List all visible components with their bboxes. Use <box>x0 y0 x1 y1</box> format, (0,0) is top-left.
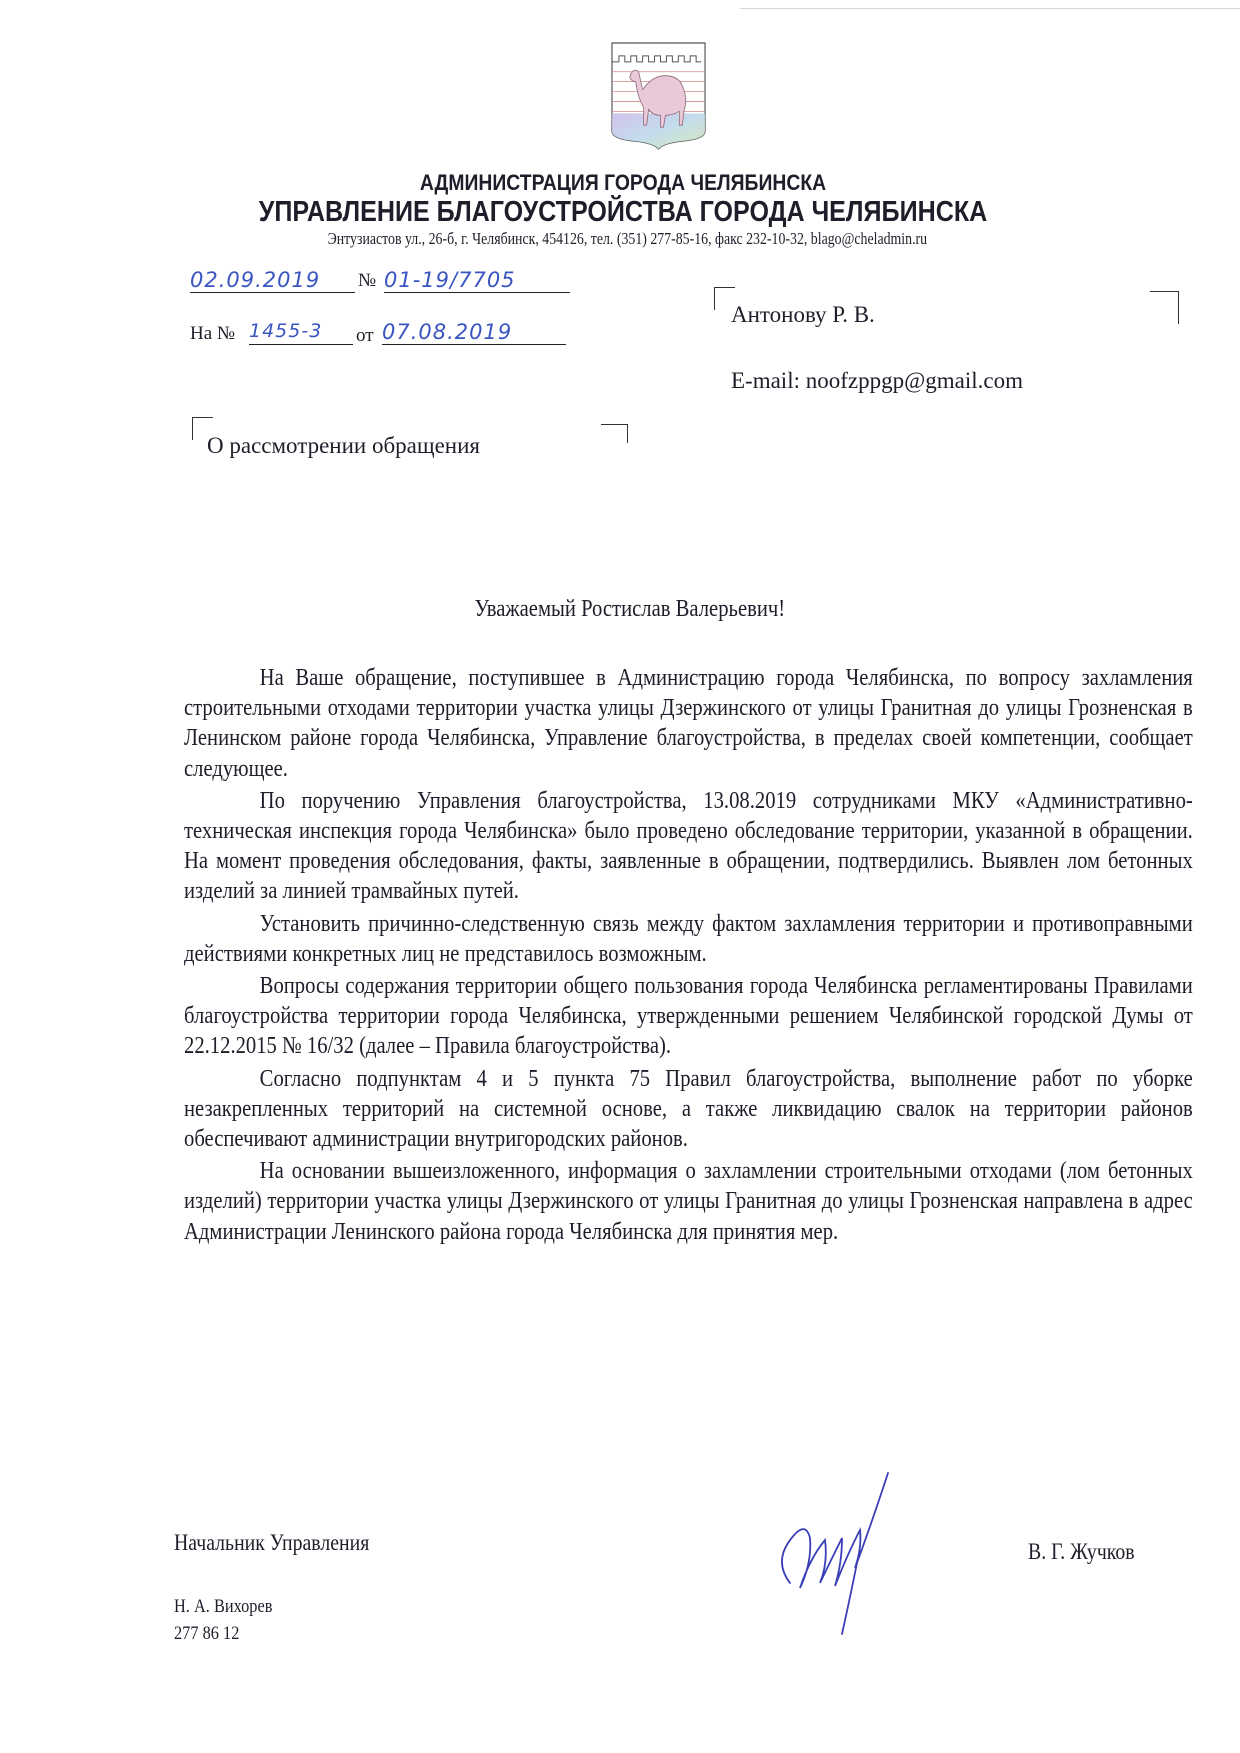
scan-artifact-line <box>740 8 1240 9</box>
body-paragraph: Установить причинно-следственную связь м… <box>184 909 1193 969</box>
subject-line: О рассмотрении обращения <box>207 433 480 459</box>
letterhead-address: Энтузиастов ул., 26-б, г. Челябинск, 454… <box>107 229 1149 249</box>
recipient-email: E-mail: noofzppgp@gmail.com <box>731 368 1023 394</box>
reply-to-date-field: 07.08.2019 <box>382 320 566 345</box>
body-paragraph: На основании вышеизложенного, информация… <box>184 1156 1193 1247</box>
executor-name: Н. А. Вихорев <box>174 1596 272 1618</box>
number-label: № <box>358 270 376 292</box>
reply-to-number-field: 1455-3 <box>249 320 353 345</box>
coat-of-arms-icon <box>609 40 708 151</box>
signer-name: В. Г. Жучков <box>1028 1539 1135 1565</box>
handwritten-signature-icon <box>770 1468 920 1638</box>
executor-phone: 277 86 12 <box>174 1623 239 1645</box>
body-paragraph: По поручению Управления благоустройства,… <box>184 786 1193 907</box>
letter-body: На Ваше обращение, поступившее в Админис… <box>184 663 1193 1249</box>
letterhead-administration: АДМИНИСТРАЦИЯ ГОРОДА ЧЕЛЯБИНСКА <box>77 170 1168 196</box>
reply-to-label: На № <box>190 323 235 345</box>
signer-position: Начальник Управления <box>174 1530 369 1556</box>
from-label: от <box>356 325 374 347</box>
letterhead-department: УПРАВЛЕНИЕ БЛАГОУСТРОЙСТВА ГОРОДА ЧЕЛЯБИ… <box>77 196 1168 229</box>
subject-bracket-right <box>601 424 628 443</box>
body-paragraph: Согласно подпунктам 4 и 5 пункта 75 Прав… <box>184 1064 1193 1155</box>
outgoing-date-field: 02.09.2019 <box>190 268 355 293</box>
outgoing-number: 01-19/7705 <box>384 268 516 292</box>
outgoing-number-field: 01-19/7705 <box>384 268 570 293</box>
recipient-bracket-right <box>1150 291 1179 324</box>
recipient-name: Антонову Р. В. <box>731 302 875 328</box>
reply-to-number: 1455-3 <box>249 320 322 342</box>
body-paragraph: Вопросы содержания территории общего пол… <box>184 971 1193 1062</box>
body-paragraph: На Ваше обращение, поступившее в Админис… <box>184 663 1193 784</box>
greeting: Уважаемый Ростислав Валерьевич! <box>97 596 1163 623</box>
reply-to-date: 07.08.2019 <box>382 320 512 344</box>
outgoing-date: 02.09.2019 <box>190 268 320 292</box>
